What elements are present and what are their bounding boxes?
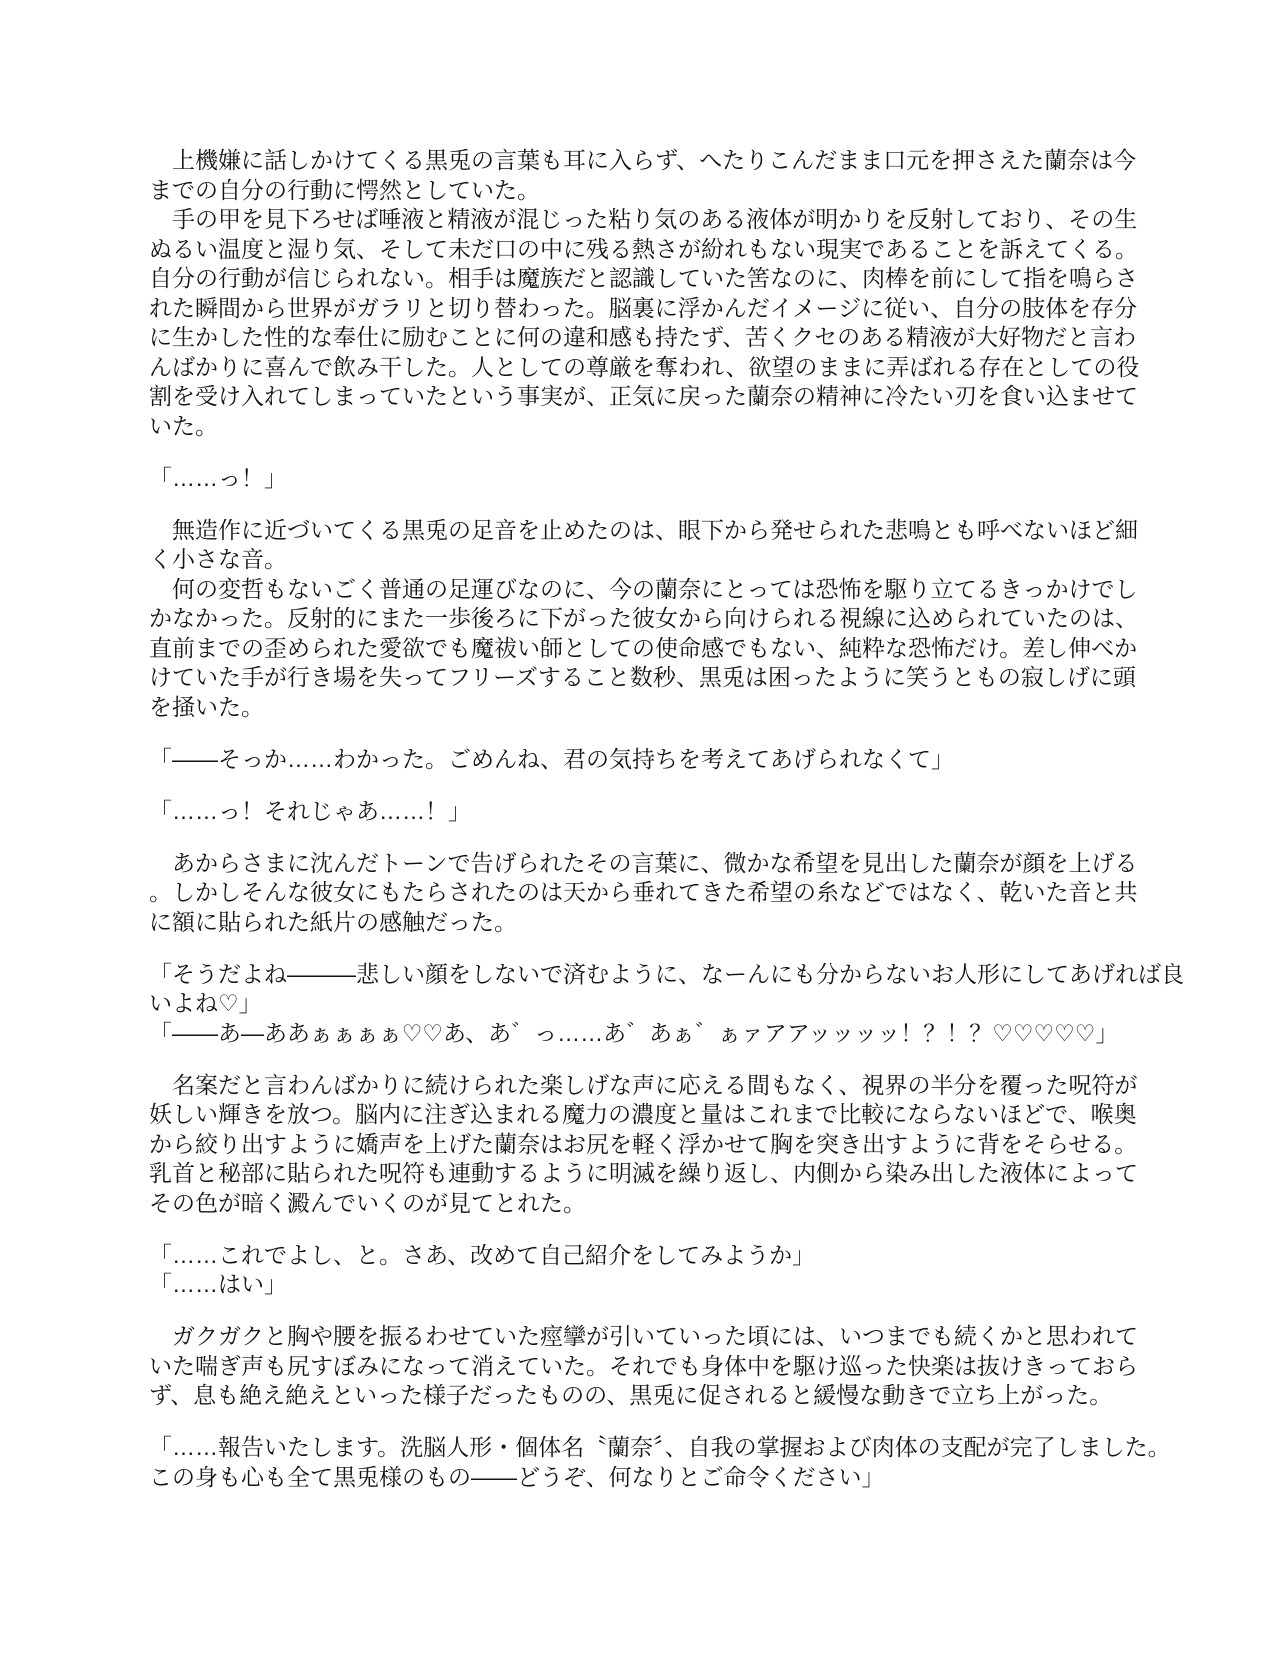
text-line: に生かした性的な奉仕に励むことに何の違和感も持たず、苦くクセのある精液が大好物だ… [149, 323, 1149, 353]
text-line: 乳首と秘部に貼られた呪符も連動するように明滅を繰り返し、内側から染み出した液体に… [149, 1159, 1149, 1189]
text-line: から絞り出すように嬌声を上げた蘭奈はお尻を軽く浮かせて胸を突き出すように背をそら… [149, 1130, 1149, 1160]
text-line: 自分の行動が信じられない。相手は魔族だと認識していた筈なのに、肉棒を前にして指を… [149, 264, 1149, 294]
text-line: 。しかしそんな彼女にもたらされたのは天から垂れてきた希望の糸などではなく、乾いた… [149, 878, 1149, 908]
text-line: いた。 [149, 412, 1149, 442]
text-line [149, 1218, 1149, 1241]
text-line: 手の甲を見下ろせば唾液と精液が混じった粘り気のある液体が明かりを反射しており、そ… [149, 205, 1149, 235]
text-line [149, 1411, 1149, 1434]
text-line [149, 937, 1149, 960]
text-line [149, 441, 1149, 464]
text-line: ず、息も絶え絶えといった様子だったものの、黒兎に促されると緩慢な動きで立ち上がっ… [149, 1381, 1149, 1411]
text-line: 割を受け入れてしまっていたという事実が、正気に戻った蘭奈の精神に冷たい刃を食い込… [149, 382, 1149, 412]
text-line: かなかった。反射的にまた一歩後ろに下がった彼女から向けられる視線に込められていた… [149, 604, 1149, 634]
text-line: その色が暗く澱んでいくのが見てとれた。 [149, 1189, 1149, 1219]
text-line: けていた手が行き場を失ってフリーズすること数秒、黒兎は困ったように笑うともの寂し… [149, 663, 1149, 693]
text-line: 「……はい」 [149, 1270, 1149, 1300]
text-line [149, 493, 1149, 516]
text-line: あからさまに沈んだトーンで告げられたその言葉に、微かな希望を見出した蘭奈が顔を上… [149, 849, 1149, 879]
text-line: 「そうだよね———悲しい顔をしないで済むように、なーんにも分からないお人形にして… [149, 960, 1149, 990]
text-line: 何の変哲もないごく普通の足運びなのに、今の蘭奈にとっては恐怖を駆り立てるきっかけ… [149, 575, 1149, 605]
text-line [149, 826, 1149, 849]
text-line [149, 774, 1149, 797]
text-line: を掻いた。 [149, 693, 1149, 723]
text-line [149, 1048, 1149, 1071]
text-line [149, 722, 1149, 745]
document-page: 上機嫌に話しかけてくる黒兎の言葉も耳に入らず、へたりこんだまま口元を押さえた蘭奈… [0, 0, 1280, 1657]
text-line: 名案だと言わんばかりに続けられた楽しげな声に応える間もなく、視界の半分を覆った呪… [149, 1071, 1149, 1101]
text-line: 妖しい輝きを放つ。脳内に注ぎ込まれる魔力の濃度と量はこれまで比較にならないほどで… [149, 1100, 1149, 1130]
text-line: 「……っ！」 [149, 464, 1149, 494]
text-line: 「――あ―ああぁぁぁぁ♡♡あ、あ゛っ……あ゛あぁ゛ぁァアアッッッッ！？！？♡♡♡… [149, 1019, 1149, 1049]
text-line [149, 1300, 1149, 1323]
text-line: ガクガクと胸や腰を振るわせていた痙攣が引いていった頃には、いつまでも続くかと思わ… [149, 1322, 1149, 1352]
text-line: 「……っ！それじゃあ……！」 [149, 797, 1149, 827]
text-line: 「――そっか……わかった。ごめんね、君の気持ちを考えてあげられなくて」 [149, 745, 1149, 775]
text-line: 上機嫌に話しかけてくる黒兎の言葉も耳に入らず、へたりこんだまま口元を押さえた蘭奈… [149, 146, 1149, 176]
text-line: 「……これでよし、と。さあ、改めて自己紹介をしてみようか」 [149, 1241, 1149, 1271]
text-line: に額に貼られた紙片の感触だった。 [149, 908, 1149, 938]
text-line: んばかりに喜んで飲み干した。人としての尊厳を奪われ、欲望のままに弄ばれる存在とし… [149, 353, 1149, 383]
text-line: く小さな音。 [149, 545, 1149, 575]
text-line: までの自分の行動に愕然としていた。 [149, 176, 1149, 206]
text-line: 「……報告いたします。洗脳人形・個体名〝蘭奈〞、自我の掌握および肉体の支配が完了… [149, 1433, 1149, 1463]
text-line: いよね♡」 [149, 989, 1149, 1019]
text-line: 直前までの歪められた愛欲でも魔祓い師としての使命感でもない、純粋な恐怖だけ。差し… [149, 634, 1149, 664]
text-line: ぬるい温度と湿り気、そして未だ口の中に残る熱さが紛れもない現実であることを訴えて… [149, 235, 1149, 265]
document-text: 上機嫌に話しかけてくる黒兎の言葉も耳に入らず、へたりこんだまま口元を押さえた蘭奈… [149, 146, 1149, 1492]
text-line: 無造作に近づいてくる黒兎の足音を止めたのは、眼下から発せられた悲鳴とも呼べないほ… [149, 516, 1149, 546]
text-line: れた瞬間から世界がガラリと切り替わった。脳裏に浮かんだイメージに従い、自分の肢体… [149, 294, 1149, 324]
text-line: この身も心も全て黒兎様のもの――どうぞ、何なりとご命令ください」 [149, 1463, 1149, 1493]
text-line: いた喘ぎ声も尻すぼみになって消えていた。それでも身体中を駆け巡った快楽は抜けきっ… [149, 1352, 1149, 1382]
